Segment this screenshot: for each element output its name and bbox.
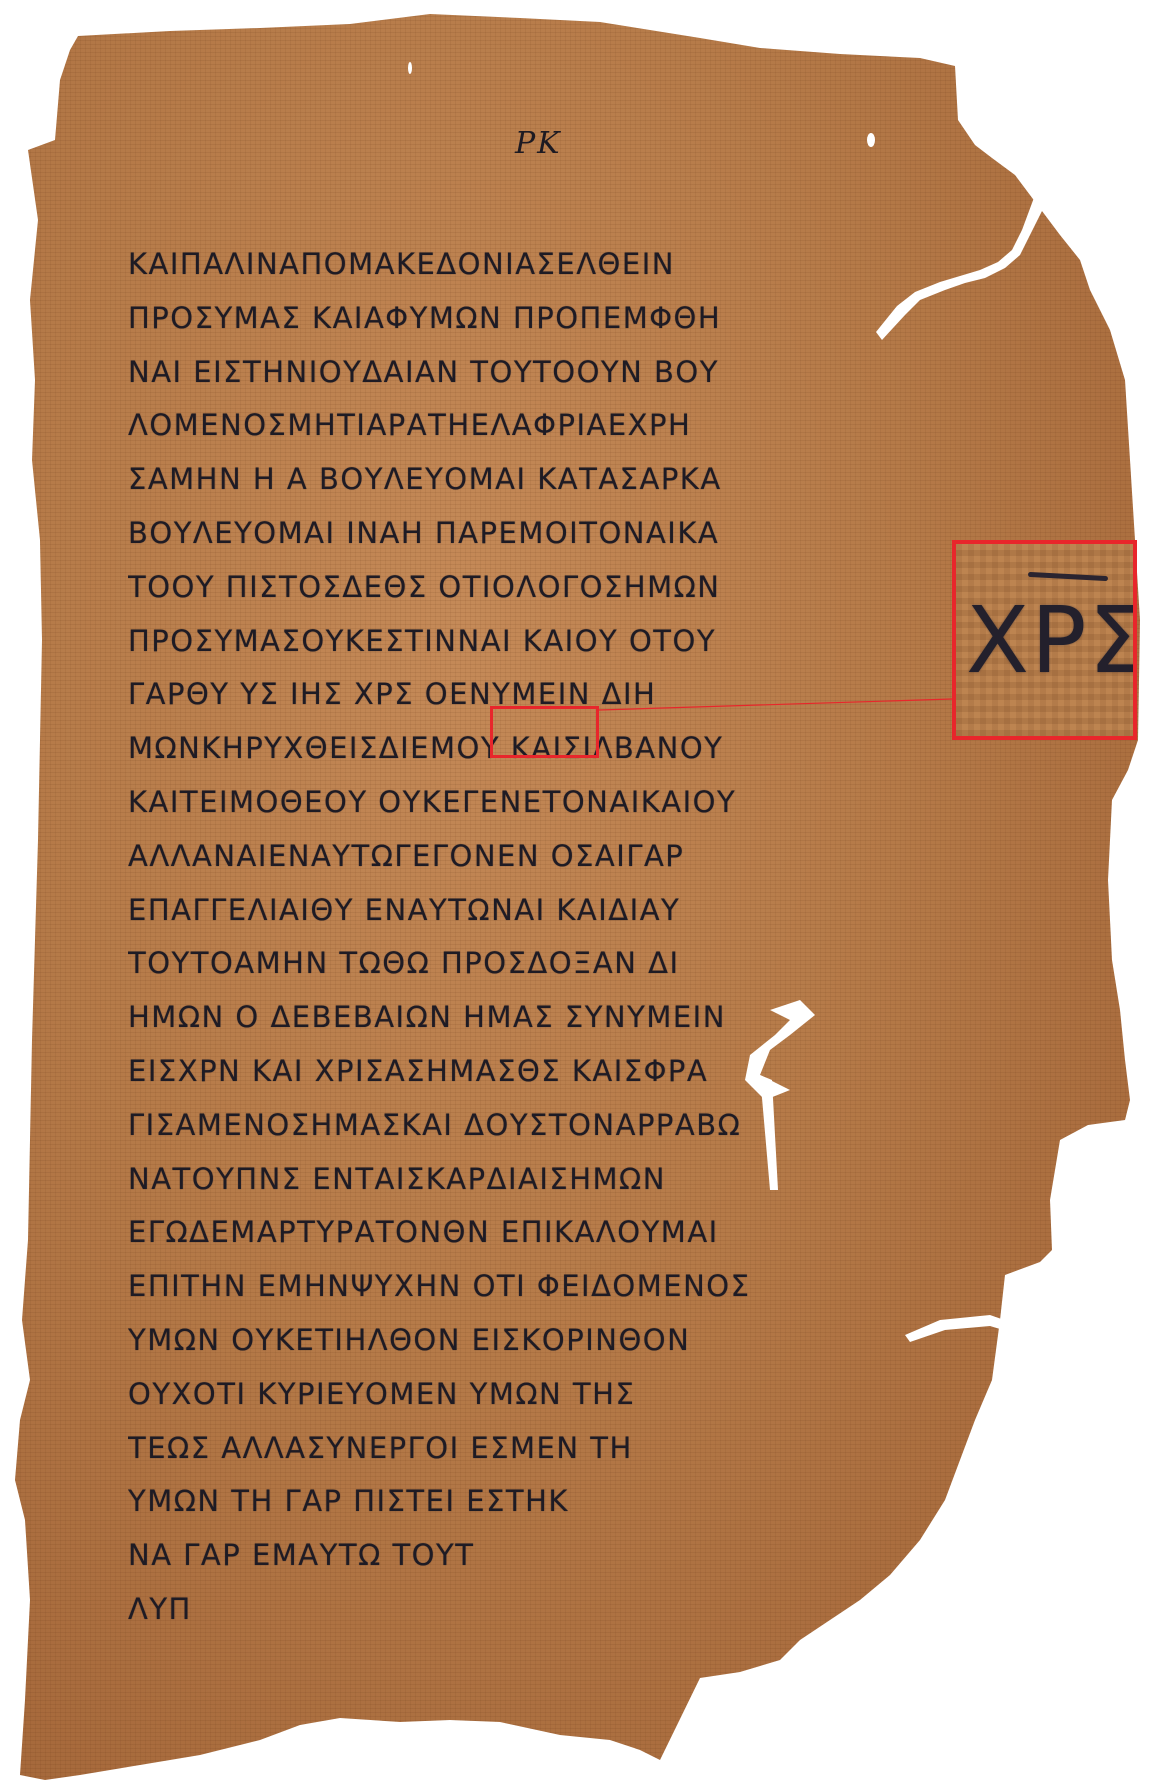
manuscript-line: ΕΓΩΔΕΜΑΡΤΥΡΑΤΟΝΘΝ ΕΠΙΚΑΛΟΥΜΑΙ [128,1206,1008,1260]
manuscript-line: ΟΥΧΟΤΙ ΚΥΡΙΕΥΟΜΕΝ ΥΜΩΝ ΤΗΣ [128,1368,1008,1422]
manuscript-line: ΕΙΣΧΡΝ ΚΑΙ ΧΡΙΣΑΣΗΜΑΣΘΣ ΚΑΙΣΦΡΑ [128,1045,1008,1099]
manuscript-text: ΚΑΙΠΑΛΙΝΑΠΟΜΑΚΕΔΟΝΙΑΣΕΛΘΕΙΝ ΠΡΟΣΥΜΑΣ ΚΑΙ… [128,238,1008,1637]
manuscript-line: ΤΟΥΤΟΑΜΗΝ ΤΩΘΩ ΠΡΟΣΔΟΞΑΝ ΔΙ [128,937,1008,991]
nomen-sacrum-highlight-box [490,706,599,758]
manuscript-line: ΕΠΑΓΓΕΛΙΑΙΘΥ ΕΝΑΥΤΩΝΑΙ ΚΑΙΔΙΑΥ [128,884,1008,938]
manuscript-line: ΛΟΜΕΝΟΣΜΗΤΙΑΡΑΤΗΕΛΑΦΡΙΑΕΧΡΗ [128,399,1008,453]
manuscript-line: ΝΑ ΓΑΡ ΕΜΑΥΤΩ ΤΟΥΤ [128,1529,1008,1583]
magnified-inset: ΧΡΣ [952,540,1137,740]
papyrus-figure: ΡΚ ΚΑΙΠΑΛΙΝΑΠΟΜΑΚΕΔΟΝΙΑΣΕΛΘΕΙΝ ΠΡΟΣΥΜΑΣ … [0,0,1162,1789]
manuscript-line: ΝΑΤΟΥΠΝΣ ΕΝΤΑΙΣΚΑΡΔΙΑΙΣΗΜΩΝ [128,1153,1008,1207]
manuscript-line: ΤΕΩΣ ΑΛΛΑΣΥΝΕΡΓΟΙ ΕΣΜΕΝ ΤΗ [128,1422,1008,1476]
manuscript-line: ΚΑΙΠΑΛΙΝΑΠΟΜΑΚΕΔΟΝΙΑΣΕΛΘΕΙΝ [128,238,1008,292]
manuscript-line: ΣΑΜΗΝ Η Α ΒΟΥΛΕΥΟΜΑΙ ΚΑΤΑΣΑΡΚΑ [128,453,1008,507]
page-number: ΡΚ [515,126,562,161]
manuscript-line: ΝΑΙ ΕΙΣΤΗΝΙΟΥΔΑΙΑΝ ΤΟΥΤΟΟΥΝ ΒΟΥ [128,346,1008,400]
abbreviation-overline [1028,572,1108,581]
manuscript-line: ΠΡΟΣΥΜΑΣ ΚΑΙΑΦΥΜΩΝ ΠΡΟΠΕΜΦΘΗ [128,292,1008,346]
manuscript-line: ΗΜΩΝ Ο ΔΕΒΕΒΑΙΩΝ ΗΜΑΣ ΣΥΝΥΜΕΙΝ [128,991,1008,1045]
manuscript-line: ΛΥΠ [128,1583,1008,1637]
magnified-nomen-sacrum: ΧΡΣ [966,586,1137,696]
manuscript-line: ΤΟΟΥ ΠΙΣΤΟΣΔΕΘΣ ΟΤΙΟΛΟΓΟΣΗΜΩΝ [128,561,1008,615]
manuscript-line: ΥΜΩΝ ΟΥΚΕΤΙΗΛΘΟΝ ΕΙΣΚΟΡΙΝΘΟΝ [128,1314,1008,1368]
manuscript-line: ΚΑΙΤΕΙΜΟΘΕΟΥ ΟΥΚΕΓΕΝΕΤΟΝΑΙΚΑΙΟΥ [128,776,1008,830]
manuscript-line: ΕΠΙΤΗΝ ΕΜΗΝΨΥΧΗΝ ΟΤΙ ΦΕΙΔΟΜΕΝΟΣ [128,1260,1008,1314]
manuscript-line: ΒΟΥΛΕΥΟΜΑΙ ΙΝΑΗ ΠΑΡΕΜΟΙΤΟΝΑΙΚΑ [128,507,1008,561]
manuscript-line: ΠΡΟΣΥΜΑΣΟΥΚΕΣΤΙΝΝΑΙ ΚΑΙΟΥ ΟΤΟΥ [128,615,1008,669]
manuscript-line: ΓΙΣΑΜΕΝΟΣΗΜΑΣΚΑΙ ΔΟΥΣΤΟΝΑΡΡΑΒΩ [128,1099,1008,1153]
manuscript-line: ΥΜΩΝ ΤΗ ΓΑΡ ΠΙΣΤΕΙ ΕΣΤΗΚ [128,1475,1008,1529]
manuscript-line: ΑΛΛΑΝΑΙΕΝΑΥΤΩΓΕΓΟΝΕΝ ΟΣΑΙΓΑΡ [128,830,1008,884]
